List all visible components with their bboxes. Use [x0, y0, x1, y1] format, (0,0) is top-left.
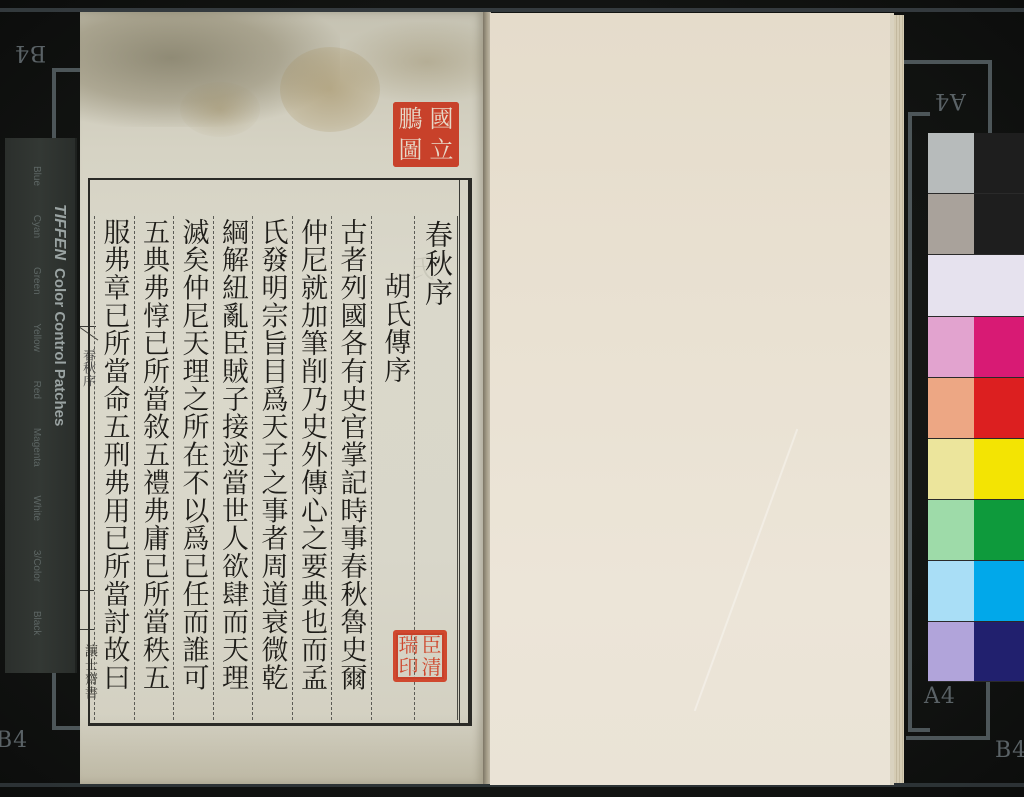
- seal-char: 國: [427, 105, 456, 134]
- color-patch: [928, 500, 974, 561]
- board-label-b4-top-left: B4: [14, 40, 46, 65]
- seal-char: 清: [421, 657, 442, 677]
- patch-label: White: [31, 495, 42, 521]
- color-patch: [928, 194, 974, 255]
- color-patch: [974, 622, 1024, 682]
- stacked-page-edges: [894, 15, 904, 783]
- color-patch: [928, 133, 974, 194]
- board-label-a4-top-right: A4: [934, 88, 966, 113]
- tiffen-brand: TIFFEN: [51, 204, 68, 260]
- right-page-blank: [490, 13, 894, 785]
- board-label-a4-bottom-right: A4: [924, 684, 956, 709]
- color-patch: [974, 133, 1024, 194]
- patch-label: Red: [31, 380, 42, 398]
- color-patch: [928, 622, 974, 682]
- collector-seal-top: 鵬 國 圖 立: [393, 102, 459, 167]
- column-body: 服弗章已所當命五刑弗用已所當討故曰: [94, 216, 134, 720]
- tiffen-title: TIFFENColor Control Patches: [50, 204, 68, 426]
- color-checker-strip: [928, 133, 1024, 682]
- patch-label: Yellow: [31, 323, 42, 352]
- left-page: 春秋序 讓士齋書 氏 春秋序 胡氏傳序 古者列國各有史官掌記時事春秋魯史爾 仲尼…: [80, 12, 485, 784]
- tiffen-color-control-strip: TIFFENColor Control Patches Blue Cyan Gr…: [5, 138, 77, 673]
- color-patch: [928, 317, 974, 378]
- tiffen-strip-text: TIFFENColor Control Patches Blue Cyan Gr…: [10, 146, 70, 666]
- water-stain: [340, 22, 485, 102]
- patch-label: Cyan: [31, 214, 42, 237]
- seal-char: 印: [398, 657, 419, 677]
- collector-seal-bottom: 瑞 臣 印 清: [393, 630, 447, 682]
- color-patch: [974, 317, 1024, 378]
- patch-label: Black: [31, 610, 42, 634]
- board-label-b4-bottom-left: B4: [0, 728, 28, 753]
- seal-char: 臣: [421, 635, 442, 655]
- color-patch: [928, 439, 974, 500]
- seal-char: 瑞: [398, 635, 419, 655]
- board-label-b4-bottom-right: B4: [995, 738, 1024, 763]
- color-patch: [974, 378, 1024, 439]
- seal-char: 立: [427, 136, 456, 165]
- column-body: 綱解紐亂臣賊子接迹當世人欲肆而天理: [213, 216, 253, 720]
- frame-inner-rule: [459, 180, 460, 723]
- tiffen-strip-title: Color Control Patches: [51, 268, 68, 426]
- patch-label: Blue: [31, 166, 42, 186]
- color-patch: [974, 439, 1024, 500]
- column-body: 滅矣仲尼天理之所在不以爲已任而誰可: [173, 216, 213, 720]
- seal-char: 鵬: [396, 105, 425, 134]
- color-patch: [974, 500, 1024, 561]
- patch-label: Magenta: [31, 427, 42, 466]
- column-body: 古者列國各有史官掌記時事春秋魯史爾: [331, 216, 371, 720]
- column-body: 五典弗惇已所當敘五禮弗庸已所當秩五: [134, 216, 174, 720]
- tiffen-patch-labels: Blue Cyan Green Yellow Red Magenta White…: [31, 166, 42, 635]
- patch-label: Green: [31, 266, 42, 294]
- color-patch: [928, 255, 1024, 317]
- guide-frame-inner-right: [908, 112, 930, 732]
- color-patch: [928, 561, 974, 622]
- column-body: 仲尼就加筆削乃史外傳心之要典也而孟: [292, 216, 332, 720]
- patch-label: 3/Color: [31, 549, 42, 581]
- color-patch: [974, 194, 1024, 255]
- water-stain: [180, 82, 260, 137]
- color-patch: [974, 561, 1024, 622]
- seal-char: 圖: [396, 136, 425, 165]
- column-body: 氏發明宗旨目爲天子之事者周道衰微乾: [252, 216, 292, 720]
- color-patch: [928, 378, 974, 439]
